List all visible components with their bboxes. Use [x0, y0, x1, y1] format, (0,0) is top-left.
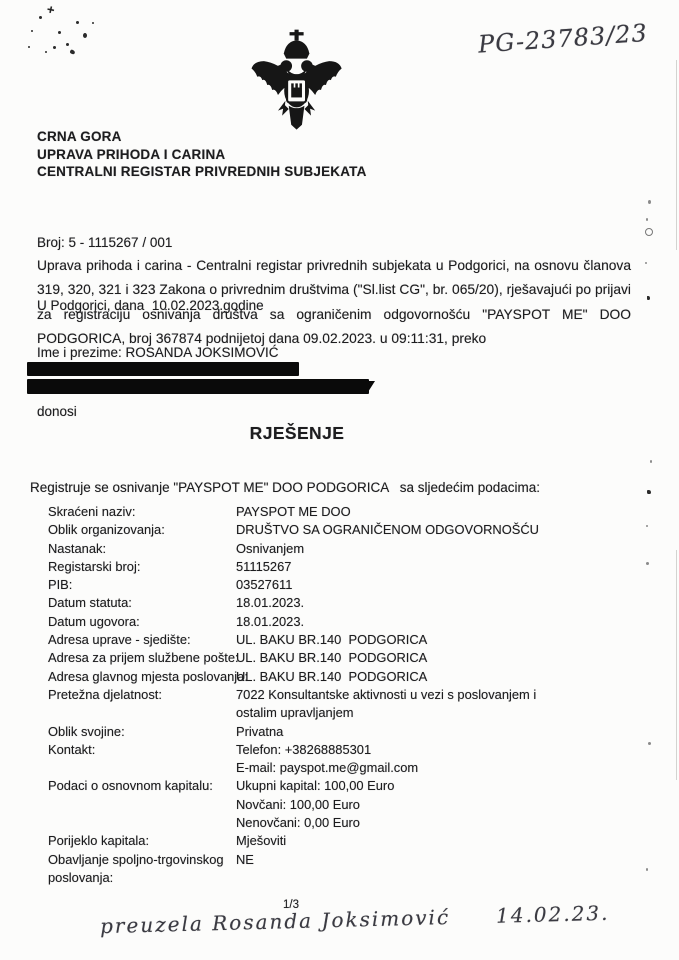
- field-row: Adresa glavnog mjesta poslovanja:UL. BAK…: [48, 668, 640, 686]
- scan-speckle: [31, 30, 33, 32]
- scan-speckle: [28, 46, 30, 48]
- field-label: Porijeklo kapitala:: [48, 832, 236, 850]
- scan-speckle: [76, 21, 79, 24]
- field-row: Oblik svojine:Privatna: [48, 723, 640, 741]
- field-value: Osnivanjem: [236, 540, 640, 558]
- scan-speckle: [646, 525, 648, 527]
- scan-speckle: [650, 460, 652, 463]
- field-label: Oblik svojine:: [48, 723, 236, 741]
- scan-speckle: [58, 31, 61, 34]
- country-name: CRNA GORA: [37, 128, 367, 146]
- scan-speckle: [645, 228, 653, 236]
- field-label: Adresa za prijem službene pošte:: [48, 649, 236, 667]
- scan-speckle: [647, 296, 650, 300]
- field-row: PIB:03527611: [48, 576, 640, 594]
- field-row: Adresa uprave - sjedište:UL. BAKU BR.140…: [48, 631, 640, 649]
- registrar-name-line: Ime i prezime: ROSANDA JOKSIMOVIĆ: [37, 345, 279, 360]
- field-row: Obavljanje spoljno-trgovinskog poslovanj…: [48, 851, 640, 888]
- field-value: Telefon: +38268885301E-mail: payspot.me@…: [236, 741, 640, 778]
- field-label: Kontakt:: [48, 741, 236, 759]
- redaction-bar: [27, 362, 299, 376]
- field-value: Mješoviti: [236, 832, 640, 850]
- field-label: Oblik organizovanja:: [48, 521, 236, 539]
- field-row: Datum ugovora:18.01.2023.: [48, 613, 640, 631]
- scan-speckle: [53, 46, 56, 49]
- agency-name: UPRAVA PRIHODA I CARINA: [37, 146, 367, 164]
- handwritten-reference-number: PG-23783/23: [477, 17, 668, 58]
- field-label: Obavljanje spoljno-trgovinskog poslovanj…: [48, 851, 236, 888]
- field-value: 03527611: [236, 576, 640, 594]
- field-label: PIB:: [48, 576, 236, 594]
- document-title: RJEŠENJE: [0, 423, 594, 444]
- field-value: Privatna: [236, 723, 640, 741]
- ink-blot: +: [46, 1, 57, 17]
- field-value: UL. BAKU BR.140 PODGORICA: [236, 631, 640, 649]
- field-label: Pretežna djelatnost:: [48, 686, 236, 704]
- scan-speckle: [646, 868, 648, 871]
- scan-speckle: [648, 200, 651, 204]
- field-row: Podaci o osnovnom kapitalu:Ukupni kapita…: [48, 777, 640, 832]
- scan-speckle: [645, 262, 647, 264]
- field-label: Adresa uprave - sjedište:: [48, 631, 236, 649]
- scan-speckle: [39, 16, 42, 19]
- scan-speckle: [646, 218, 648, 221]
- field-row: Kontakt:Telefon: +38268885301E-mail: pay…: [48, 741, 640, 778]
- field-row: Skraćeni naziv:PAYSPOT ME DOO: [48, 503, 640, 521]
- fields-table: Skraćeni naziv:PAYSPOT ME DOOOblik organ…: [48, 503, 640, 887]
- registration-statement: Registruje se osnivanje "PAYSPOT ME" DOO…: [30, 480, 540, 495]
- scan-speckle: [646, 562, 649, 565]
- field-label: Registarski broj:: [48, 558, 236, 576]
- intro-paragraph: Uprava prihoda i carina - Centralni regi…: [37, 254, 631, 352]
- field-value: UL. BAKU BR.140 PODGORICA: [236, 649, 640, 667]
- scan-speckle: [66, 43, 69, 46]
- field-value: 51115267: [236, 558, 640, 576]
- field-value: NE: [236, 851, 640, 869]
- field-row: Adresa za prijem službene pošte:UL. BAKU…: [48, 649, 640, 667]
- field-value: Ukupni kapital: 100,00 EuroNovčani: 100,…: [236, 777, 640, 832]
- field-row: Porijeklo kapitala:Mješoviti: [48, 832, 640, 850]
- scan-edge-artifact: [676, 550, 677, 780]
- donosi-word: donosi: [37, 404, 77, 419]
- field-label: Datum ugovora:: [48, 613, 236, 631]
- field-value: UL. BAKU BR.140 PODGORICA: [236, 668, 640, 686]
- scan-speckle: [45, 51, 47, 53]
- field-value: 18.01.2023.: [236, 594, 640, 612]
- handwritten-date: 14.02.23.: [496, 901, 610, 928]
- field-value: 7022 Konsultantske aktivnosti u vezi s p…: [236, 686, 640, 723]
- field-row: Pretežna djelatnost:7022 Konsultantske a…: [48, 686, 640, 723]
- scan-speckle: [92, 22, 94, 24]
- scanned-document-page: + PG-23783/23: [0, 0, 679, 960]
- ink-blot: [69, 49, 75, 55]
- issuing-authority-block: CRNA GORA UPRAVA PRIHODA I CARINA CENTRA…: [37, 128, 367, 181]
- scan-speckle: [83, 33, 87, 38]
- scan-edge-artifact: [676, 60, 677, 250]
- registry-name: CENTRALNI REGISTAR PRIVREDNIH SUBJEKATA: [37, 163, 367, 181]
- field-label: Datum statuta:: [48, 594, 236, 612]
- field-row: Nastanak:Osnivanjem: [48, 540, 640, 558]
- scan-speckle: [648, 742, 651, 745]
- field-label: Podaci o osnovnom kapitalu:: [48, 777, 236, 795]
- scan-speckle: [647, 490, 651, 494]
- handwritten-receipt-line: preuzela Rosanda Joksimović 14.02.23.: [100, 902, 570, 938]
- document-number: Broj: 5 - 1115267 / 001: [37, 232, 264, 253]
- handwritten-note: preuzela Rosanda Joksimović: [100, 905, 451, 938]
- redaction-bar: [27, 379, 369, 394]
- field-label: Skraćeni naziv:: [48, 503, 236, 521]
- field-label: Nastanak:: [48, 540, 236, 558]
- field-value: PAYSPOT ME DOO: [236, 503, 640, 521]
- field-row: Oblik organizovanja:DRUŠTVO SA OGRANIČEN…: [48, 521, 640, 539]
- field-value: 18.01.2023.: [236, 613, 640, 631]
- field-row: Registarski broj:51115267: [48, 558, 640, 576]
- field-row: Datum statuta:18.01.2023.: [48, 594, 640, 612]
- field-value: DRUŠTVO SA OGRANIČENOM ODGOVORNOŠĆU: [236, 521, 640, 539]
- field-label: Adresa glavnog mjesta poslovanja:: [48, 668, 236, 686]
